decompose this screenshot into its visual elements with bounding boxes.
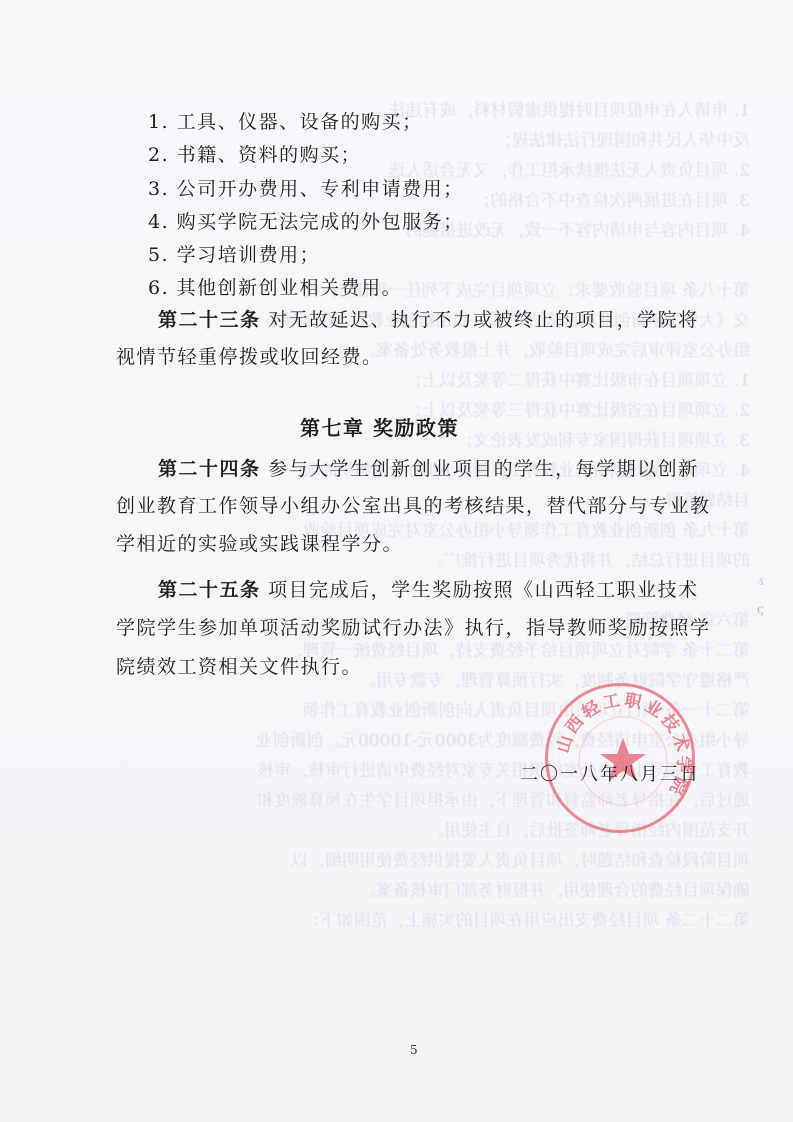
article-23-text: 对无故延迟、执行不力或被终止的项目，学院将	[268, 309, 699, 331]
signature-date: 二〇一八年八月三日	[520, 760, 700, 786]
chapter-title: 第七章 奖励政策	[300, 412, 459, 441]
list-item: 6. 其他创新创业相关费用。	[148, 273, 402, 300]
bleed-line: 项目阶段检查和结题时，项目负责人要提供经费使用明细，以	[150, 846, 750, 876]
list-item: 4. 购买学院无法完成的外包服务；	[148, 207, 464, 234]
list-item: 2. 书籍、资料的购买；	[148, 140, 361, 167]
bleed-line: 1. 立项项目在市级比赛中获得二等奖及以上；	[150, 366, 750, 396]
list-item: 3. 公司开办费用、专利申请费用；	[148, 174, 464, 201]
article-24-label: 第二十四条	[158, 458, 261, 480]
article-25-text: 项目完成后，学生奖励按照《山西轻工职业技术	[268, 579, 699, 601]
article-23-label: 第二十三条	[158, 309, 261, 331]
list-item: 1. 工具、仪器、设备的购买；	[148, 107, 423, 134]
scan-edge-mark: ડς	[757, 574, 764, 616]
article-25-label: 第二十五条	[158, 579, 261, 601]
article-25-line-1: 第二十五条 项目完成后，学生奖励按照《山西轻工职业技术	[158, 575, 699, 602]
bleed-line: 第二十二条 项目经费支出应用在项目的实施上，范围如下：	[150, 906, 750, 936]
article-23-line-2: 视情节轻重停拨或收回经费。	[116, 342, 383, 369]
article-25-line-3: 院绩效工资相关文件执行。	[116, 652, 362, 679]
article-24-line-1: 第二十四条 参与大学生创新创业项目的学生，每学期以创新	[158, 454, 699, 481]
official-seal-stamp: 山西轻工职业技术学院	[545, 683, 695, 833]
bleed-line: 确保项目经费的合理使用，并报财务部门审核备案。	[150, 876, 750, 906]
document-page: 1. 申请人在申报项目时提供虚假材料，或有违法反中华人民共和国现行法律法规；2.…	[0, 0, 793, 1122]
list-item: 5. 学习培训费用；	[148, 240, 320, 267]
article-24-line-3: 学相近的实验或实践课程学分。	[116, 529, 403, 556]
article-24-text: 参与大学生创新创业项目的学生，每学期以创新	[268, 458, 699, 480]
article-24-line-2: 创业教育工作领导小组办公室出具的考核结果，替代部分与专业教	[116, 491, 711, 518]
article-25-line-2: 学院学生参加单项活动奖励试行办法》执行，指导教师奖励按照学	[116, 613, 711, 640]
article-23-line-1: 第二十三条 对无故延迟、执行不力或被终止的项目，学院将	[158, 305, 699, 332]
page-number: 5	[410, 1043, 418, 1057]
